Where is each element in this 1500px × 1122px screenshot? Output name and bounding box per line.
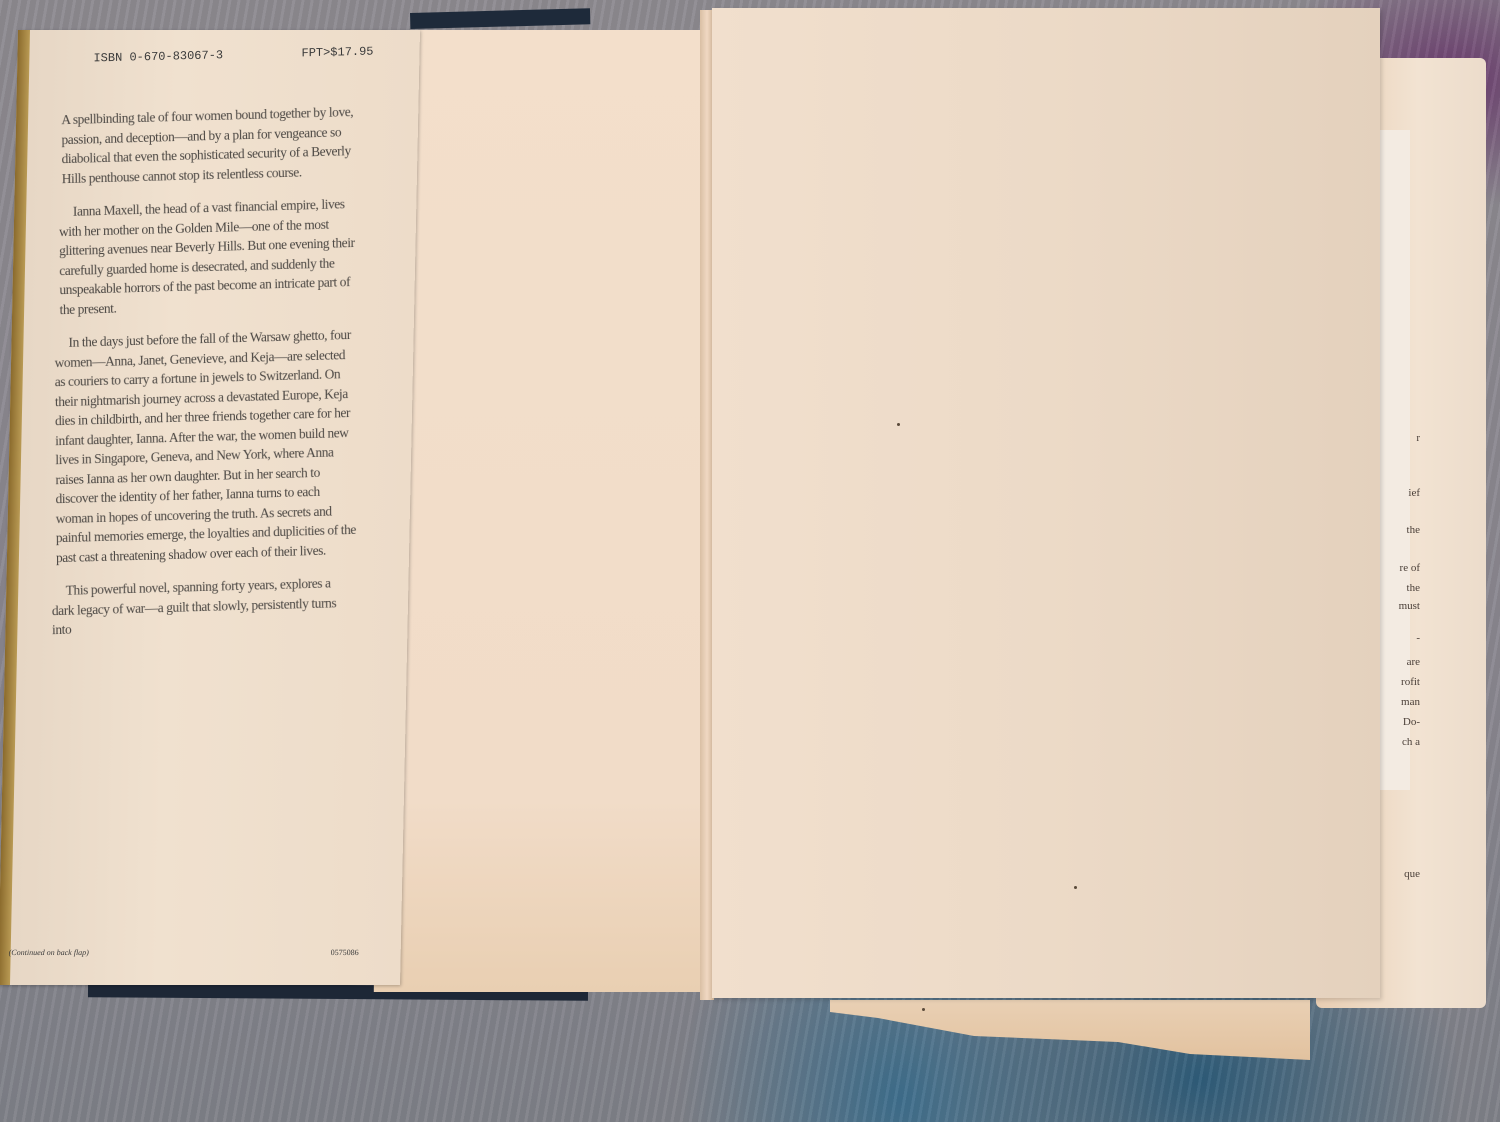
price: FPT>$17.95 (301, 45, 373, 61)
blurb-paragraph: In the days just before the fall of the … (54, 325, 356, 567)
blurb-paragraph: This powerful novel, spanning forty year… (52, 573, 352, 640)
paper-speck (897, 423, 900, 426)
continued-note: (Continued on back flap) (9, 948, 89, 957)
book-board-top (410, 8, 590, 29)
blank-flap-panel (374, 30, 712, 992)
flap-blurb: A spellbinding tale of four women bound … (51, 106, 362, 636)
torn-page-edge (830, 1000, 1310, 1060)
catalog-code: 0575086 (331, 948, 359, 957)
flap-footer: (Continued on back flap) 0575086 (9, 948, 359, 957)
isbn: ISBN 0-670-83067-3 (93, 48, 223, 65)
paper-speck (922, 1008, 925, 1011)
blank-endpaper (712, 8, 1380, 998)
blurb-paragraph: A spellbinding tale of four women bound … (61, 102, 362, 188)
isbn-price-line: ISBN 0-670-83067-3 FPT>$17.95 (93, 45, 373, 66)
flap-content: ISBN 0-670-83067-3 FPT>$17.95 A spellbin… (51, 48, 364, 650)
dust-jacket-flap: ISBN 0-670-83067-3 FPT>$17.95 A spellbin… (0, 30, 420, 985)
paper-speck (1074, 886, 1077, 889)
flap-gold-edge (0, 30, 30, 985)
blurb-paragraph: Ianna Maxell, the head of a vast financi… (59, 194, 360, 319)
